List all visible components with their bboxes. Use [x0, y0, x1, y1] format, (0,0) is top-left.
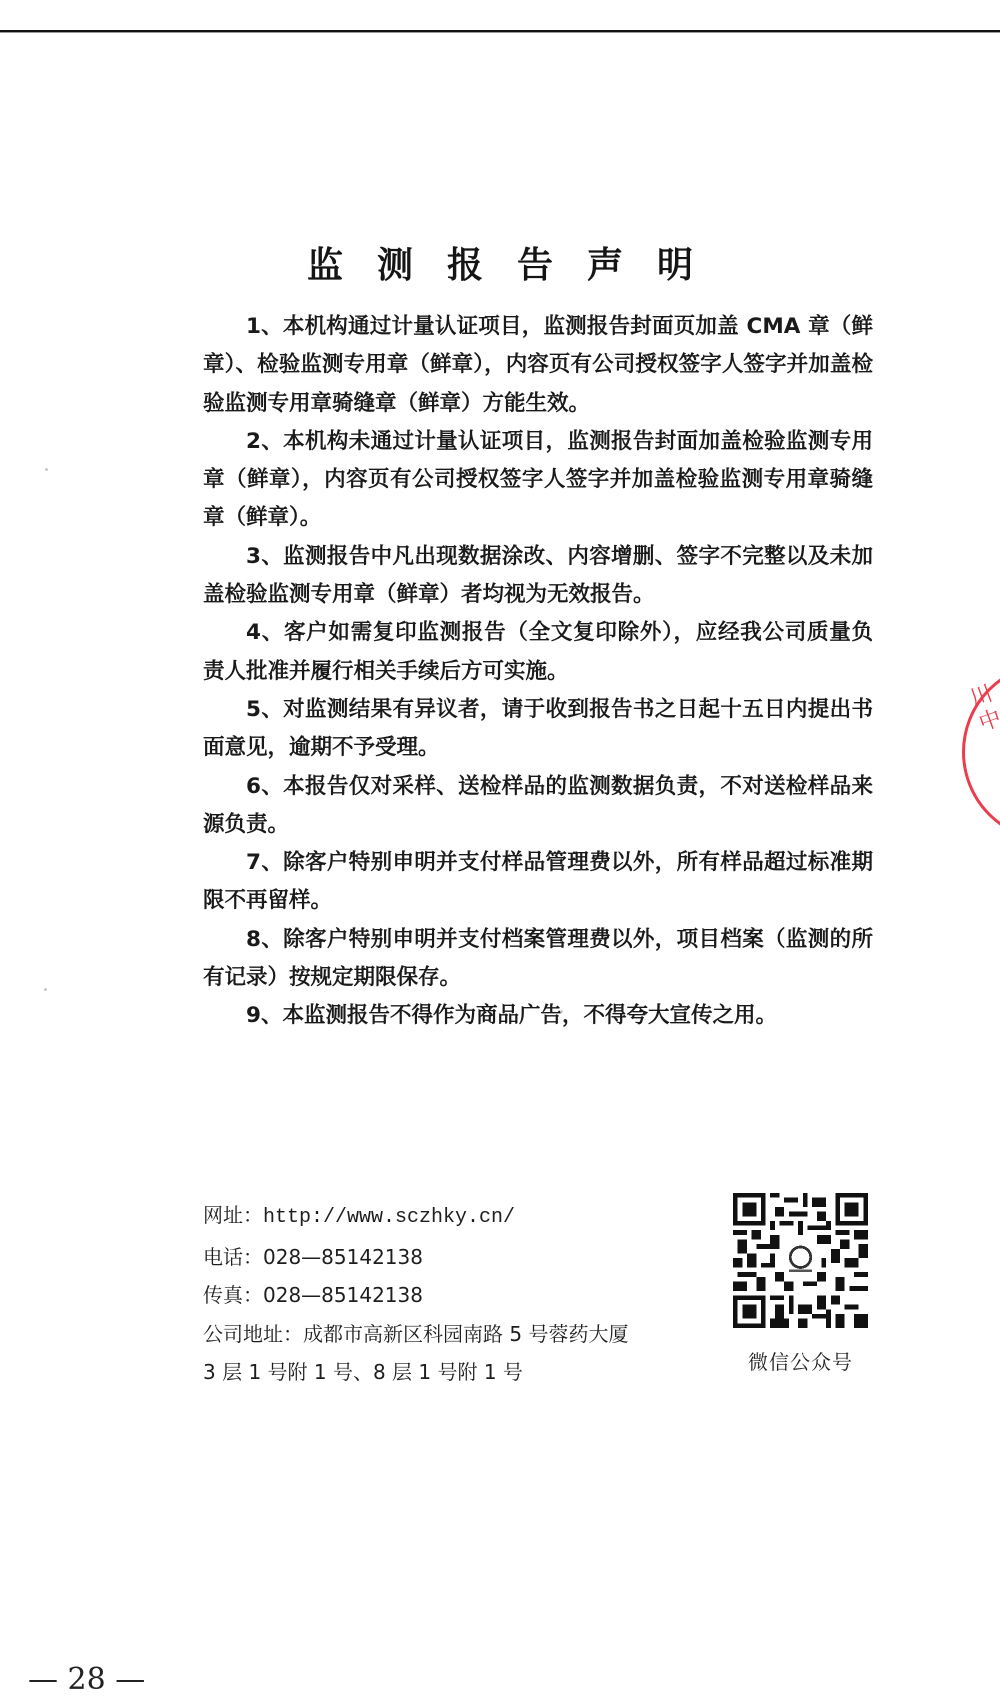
page-title: 监测报告声明 [0, 243, 1000, 287]
fax-label: 传真： [203, 1283, 263, 1307]
phone-line: 电话：028—85142138 [203, 1238, 723, 1277]
declaration-item-8: 8、除客户特别申明并支付档案管理费以外，项目档案（监测的所有记录）按规定期限保存… [203, 921, 873, 998]
declaration-item-2: 2、本机构未通过计量认证项目，监测报告封面加盖检验监测专用章（鲜章），内容页有公… [203, 423, 873, 538]
fax-value: 028—85142138 [263, 1283, 423, 1307]
declaration-item-6: 6、本报告仅对采样、送检样品的监测数据负责，不对送检样品来源负责。 [203, 768, 873, 845]
scan-speck [44, 988, 47, 991]
declaration-item-4: 4、客户如需复印监测报告（全文复印除外），应经我公司质量负责人批准并履行相关手续… [203, 614, 873, 691]
header-rule [0, 30, 1000, 32]
declaration-item-1: 1、本机构通过计量认证项目，监测报告封面页加盖 CMA 章（鲜章）、检验监测专用… [203, 308, 873, 423]
phone-label: 电话： [203, 1245, 263, 1269]
contact-info: 网址：http://www.sczhky.cn/ 电话：028—85142138… [203, 1196, 723, 1392]
page-number: — 28 — [28, 1662, 145, 1697]
seal-text: 川中 [967, 680, 1000, 737]
website-line: 网址：http://www.sczhky.cn/ [203, 1196, 723, 1238]
address-line-1: 公司地址：成都市高新区科园南路 5 号蓉药大厦 [203, 1315, 723, 1354]
red-seal-icon: 川中 [962, 662, 1000, 842]
declaration-item-3: 3、监测报告中凡出现数据涂改、内容增删、签字不完整以及未加盖检验监测专用章（鲜章… [203, 538, 873, 615]
address-value-1: 成都市高新区科园南路 5 号蓉药大厦 [303, 1322, 628, 1346]
wechat-qr-block: 微信公众号 [733, 1193, 868, 1375]
scan-speck [560, 1010, 563, 1013]
declaration-item-5: 5、对监测结果有异议者，请于收到报告书之日起十五日内提出书面意见，逾期不予受理。 [203, 691, 873, 768]
address-line-2: 3 层 1 号附 1 号、8 层 1 号附 1 号 [203, 1353, 723, 1392]
website-label: 网址： [203, 1203, 263, 1227]
address-label: 公司地址： [203, 1322, 303, 1346]
phone-value: 028—85142138 [263, 1245, 423, 1269]
declaration-item-9: 9、本监测报告不得作为商品广告，不得夸大宣传之用。 [203, 997, 873, 1035]
website-link[interactable]: http://www.sczhky.cn/ [263, 1206, 515, 1229]
declaration-item-7: 7、除客户特别申明并支付样品管理费以外，所有样品超过标准期限不再留样。 [203, 844, 873, 921]
qr-code-icon [733, 1193, 868, 1328]
qr-caption: 微信公众号 [733, 1346, 868, 1375]
fax-line: 传真：028—85142138 [203, 1276, 723, 1315]
scan-speck [45, 468, 48, 471]
declaration-body: 1、本机构通过计量认证项目，监测报告封面页加盖 CMA 章（鲜章）、检验监测专用… [203, 308, 873, 1036]
